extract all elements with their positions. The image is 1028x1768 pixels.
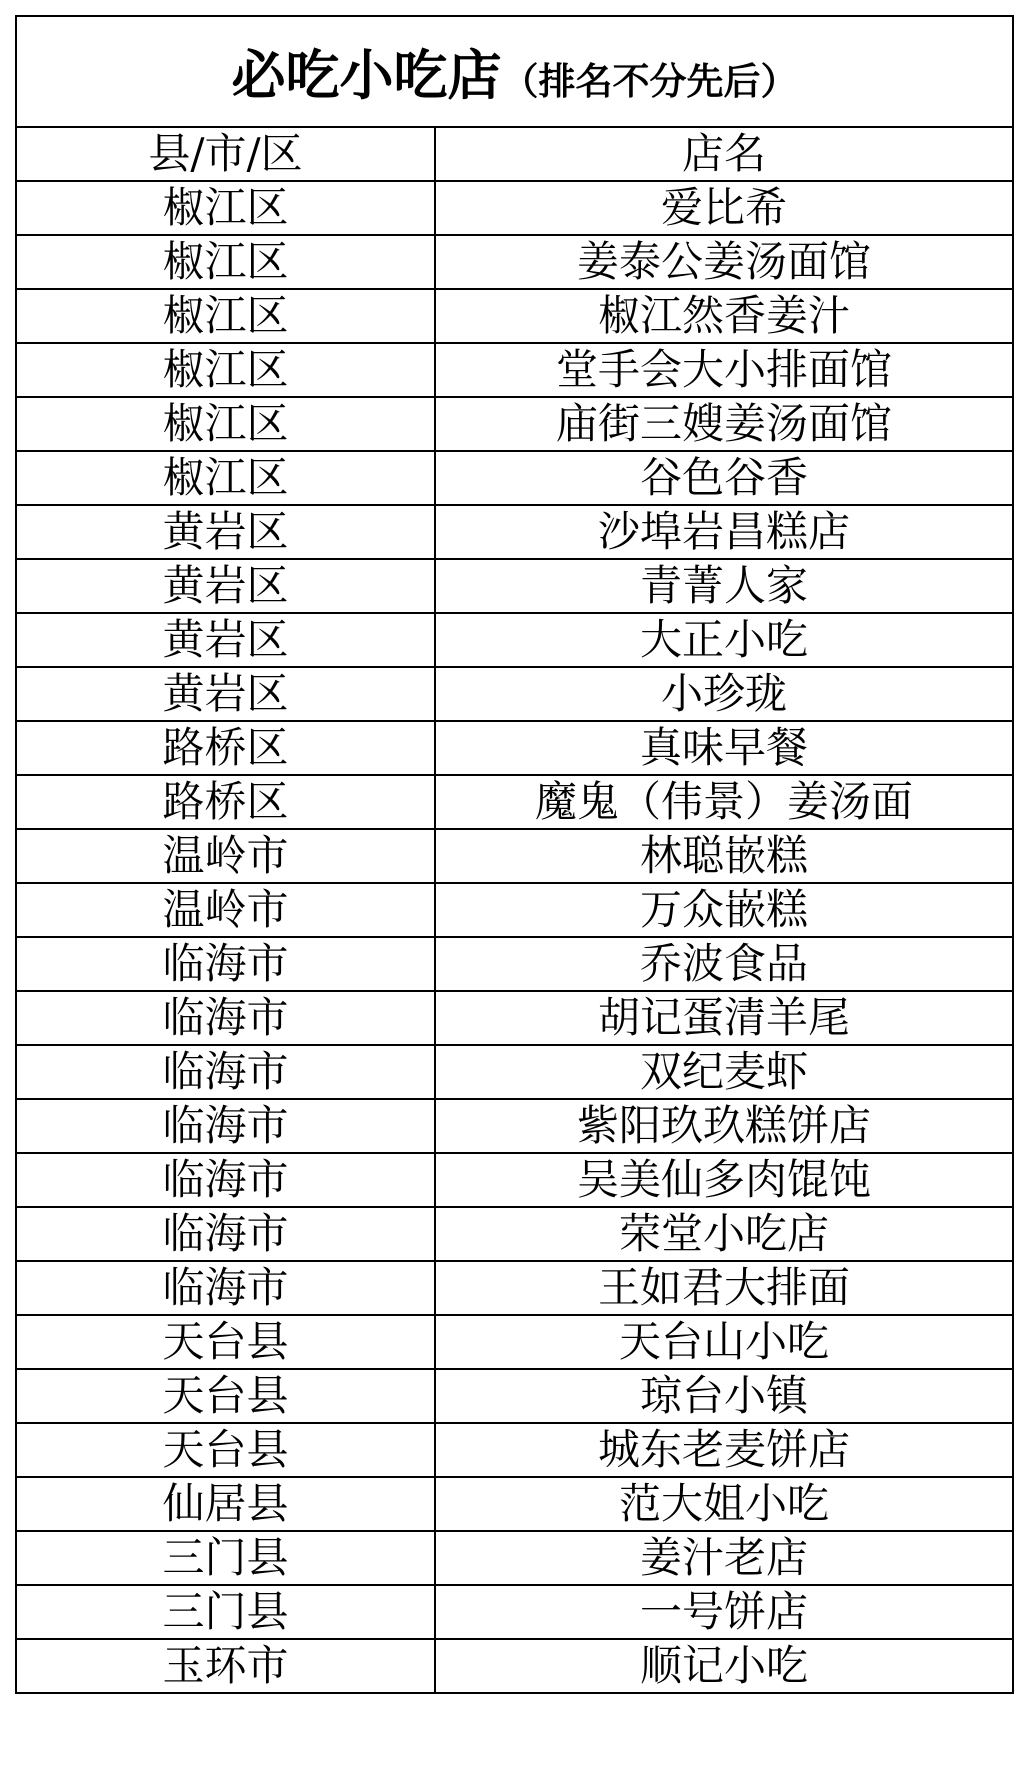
shop-name-cell: 椒江然香姜汁	[435, 289, 1013, 343]
shop-name-cell: 林聪嵌糕	[435, 829, 1013, 883]
shop-name-cell: 姜泰公姜汤面馆	[435, 235, 1013, 289]
table-row: 椒江区椒江然香姜汁	[16, 289, 1013, 343]
shop-name-cell: 堂手会大小排面馆	[435, 343, 1013, 397]
region-cell: 温岭市	[16, 829, 435, 883]
region-cell: 黄岩区	[16, 559, 435, 613]
table-row: 椒江区谷色谷香	[16, 451, 1013, 505]
shop-name-cell: 大正小吃	[435, 613, 1013, 667]
title-cell: 必吃小吃店（排名不分先后）	[16, 16, 1013, 127]
shop-name-cell: 爱比希	[435, 181, 1013, 235]
table-row: 黄岩区小珍珑	[16, 667, 1013, 721]
shop-name-cell: 胡记蛋清羊尾	[435, 991, 1013, 1045]
shop-name-cell: 万众嵌糕	[435, 883, 1013, 937]
title-row: 必吃小吃店（排名不分先后）	[16, 16, 1013, 127]
shop-name-cell: 谷色谷香	[435, 451, 1013, 505]
table-row: 临海市紫阳玖玖糕饼店	[16, 1099, 1013, 1153]
table-row: 椒江区庙街三嫂姜汤面馆	[16, 397, 1013, 451]
region-cell: 三门县	[16, 1531, 435, 1585]
shop-name-cell: 顺记小吃	[435, 1639, 1013, 1693]
shop-name-cell: 天台山小吃	[435, 1315, 1013, 1369]
table-row: 黄岩区沙埠岩昌糕店	[16, 505, 1013, 559]
table-row: 天台县天台山小吃	[16, 1315, 1013, 1369]
shop-name-cell: 紫阳玖玖糕饼店	[435, 1099, 1013, 1153]
shop-name-cell: 城东老麦饼店	[435, 1423, 1013, 1477]
table-row: 三门县姜汁老店	[16, 1531, 1013, 1585]
region-cell: 临海市	[16, 1261, 435, 1315]
table-row: 椒江区爱比希	[16, 181, 1013, 235]
table-row: 黄岩区青菁人家	[16, 559, 1013, 613]
region-cell: 仙居县	[16, 1477, 435, 1531]
table-row: 天台县城东老麦饼店	[16, 1423, 1013, 1477]
shop-name-cell: 真味早餐	[435, 721, 1013, 775]
region-cell: 椒江区	[16, 289, 435, 343]
table-row: 临海市王如君大排面	[16, 1261, 1013, 1315]
shop-name-cell: 范大姐小吃	[435, 1477, 1013, 1531]
shop-name-cell: 青菁人家	[435, 559, 1013, 613]
table-row: 仙居县范大姐小吃	[16, 1477, 1013, 1531]
region-cell: 椒江区	[16, 235, 435, 289]
table-row: 三门县一号饼店	[16, 1585, 1013, 1639]
region-cell: 椒江区	[16, 181, 435, 235]
shop-name-cell: 王如君大排面	[435, 1261, 1013, 1315]
region-cell: 临海市	[16, 1099, 435, 1153]
header-row: 县/市/区 店名	[16, 127, 1013, 181]
table-row: 临海市胡记蛋清羊尾	[16, 991, 1013, 1045]
region-cell: 天台县	[16, 1423, 435, 1477]
table-row: 临海市荣堂小吃店	[16, 1207, 1013, 1261]
snack-shop-table: 必吃小吃店（排名不分先后） 县/市/区 店名 椒江区爱比希椒江区姜泰公姜汤面馆椒…	[15, 15, 1014, 1694]
column-header-shop: 店名	[435, 127, 1013, 181]
column-header-region: 县/市/区	[16, 127, 435, 181]
table-row: 玉环市顺记小吃	[16, 1639, 1013, 1693]
shop-name-cell: 庙街三嫂姜汤面馆	[435, 397, 1013, 451]
region-cell: 临海市	[16, 991, 435, 1045]
table-row: 椒江区堂手会大小排面馆	[16, 343, 1013, 397]
table-row: 路桥区真味早餐	[16, 721, 1013, 775]
region-cell: 天台县	[16, 1315, 435, 1369]
shop-name-cell: 双纪麦虾	[435, 1045, 1013, 1099]
table-row: 路桥区魔鬼（伟景）姜汤面	[16, 775, 1013, 829]
table-row: 温岭市万众嵌糕	[16, 883, 1013, 937]
region-cell: 路桥区	[16, 775, 435, 829]
shop-name-cell: 吴美仙多肉馄饨	[435, 1153, 1013, 1207]
region-cell: 黄岩区	[16, 505, 435, 559]
table-row: 天台县琼台小镇	[16, 1369, 1013, 1423]
shop-name-cell: 荣堂小吃店	[435, 1207, 1013, 1261]
table-row: 临海市双纪麦虾	[16, 1045, 1013, 1099]
shop-name-cell: 沙埠岩昌糕店	[435, 505, 1013, 559]
table-row: 椒江区姜泰公姜汤面馆	[16, 235, 1013, 289]
shop-name-cell: 小珍珑	[435, 667, 1013, 721]
shop-name-cell: 一号饼店	[435, 1585, 1013, 1639]
region-cell: 路桥区	[16, 721, 435, 775]
region-cell: 黄岩区	[16, 667, 435, 721]
region-cell: 椒江区	[16, 397, 435, 451]
table-row: 黄岩区大正小吃	[16, 613, 1013, 667]
table-row: 温岭市林聪嵌糕	[16, 829, 1013, 883]
shop-name-cell: 琼台小镇	[435, 1369, 1013, 1423]
region-cell: 温岭市	[16, 883, 435, 937]
region-cell: 三门县	[16, 1585, 435, 1639]
region-cell: 黄岩区	[16, 613, 435, 667]
region-cell: 临海市	[16, 1153, 435, 1207]
region-cell: 临海市	[16, 1045, 435, 1099]
shop-name-cell: 姜汁老店	[435, 1531, 1013, 1585]
table-row: 临海市吴美仙多肉馄饨	[16, 1153, 1013, 1207]
region-cell: 临海市	[16, 937, 435, 991]
region-cell: 天台县	[16, 1369, 435, 1423]
shop-name-cell: 魔鬼（伟景）姜汤面	[435, 775, 1013, 829]
region-cell: 玉环市	[16, 1639, 435, 1693]
table-subtitle: （排名不分先后）	[502, 59, 798, 103]
shop-name-cell: 乔波食品	[435, 937, 1013, 991]
table-title: 必吃小吃店	[232, 43, 502, 107]
region-cell: 临海市	[16, 1207, 435, 1261]
region-cell: 椒江区	[16, 451, 435, 505]
table-row: 临海市乔波食品	[16, 937, 1013, 991]
region-cell: 椒江区	[16, 343, 435, 397]
